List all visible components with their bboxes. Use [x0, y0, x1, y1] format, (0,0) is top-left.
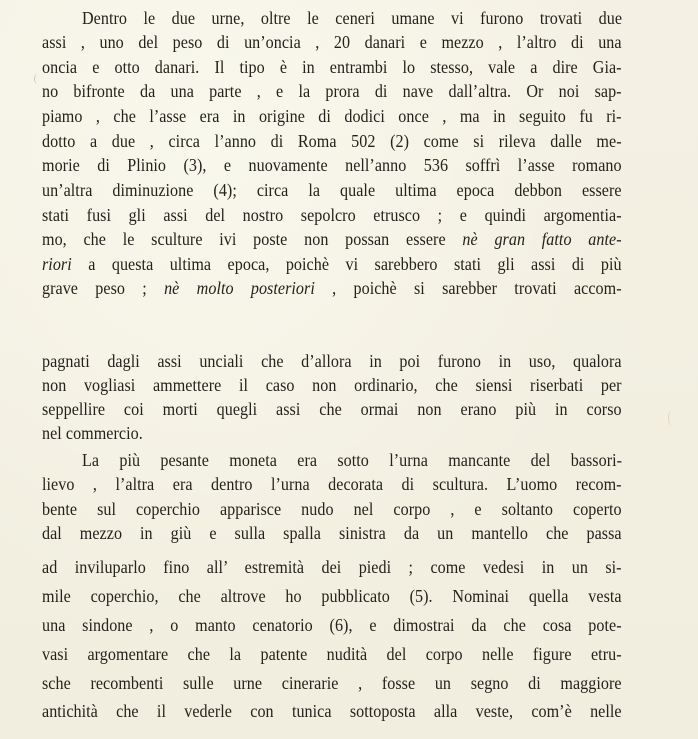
text-run: , poichè si sarebber trovati accom-	[315, 278, 622, 298]
text-line: Dentro le due urne, oltre le ceneri uman…	[82, 7, 622, 29]
text-line: oncia e otto danari. Il tipo è in entram…	[42, 56, 622, 78]
text-line: ad inviluparlo fino all’ estremità dei p…	[42, 556, 622, 578]
text-line: piamo , che l’asse era in origine di dod…	[42, 105, 622, 127]
cropped-previous-line	[250, 0, 430, 5]
text-line: dal mezzo in giù e sulla spalla sinistra…	[42, 522, 622, 544]
text-line: una sindone , o manto cenatorio (6), e d…	[42, 614, 622, 636]
paper-blemish	[668, 410, 675, 426]
text-line: grave peso ; nè molto posteriori , poich…	[42, 277, 622, 299]
text-line: vasi argomentare che la patente nudità d…	[42, 643, 622, 665]
italic-emphasis: nè gran fatto ante-	[462, 229, 621, 249]
text-run: a questa ultima epoca, poichè vi sarebbe…	[72, 254, 622, 274]
text-line: un’altra diminuzione (4); circa la quale…	[42, 179, 622, 201]
text-line: riori a questa ultima epoca, poichè vi s…	[42, 253, 622, 275]
text-line: mo, che le sculture ivi poste non possan…	[42, 228, 622, 250]
text-line: lievo , l’altra era dentro l’urna decora…	[42, 473, 622, 495]
text-line: La più pesante moneta era sotto l’urna m…	[82, 449, 622, 471]
text-line: non vogliasi ammettere il caso non ordin…	[42, 374, 622, 396]
text-line: bente sul coperchio apparisce nudo nel c…	[42, 498, 622, 520]
text-line: morie di Plinio (3), e nuovamente nell’a…	[42, 154, 622, 176]
text-line: stati fusi gli assi del nostro sepolcro …	[42, 204, 622, 226]
text-run: mo, che le sculture ivi poste non possan…	[42, 229, 462, 249]
italic-emphasis: riori	[42, 254, 72, 274]
text-run: grave peso ;	[42, 278, 164, 298]
text-line: mile coperchio, che altrove ho pubblicat…	[42, 585, 622, 607]
text-line: seppellire coi morti quegli assi che orm…	[42, 398, 622, 420]
text-line: no bifronte da una parte , e la prora di…	[42, 80, 622, 102]
text-line: assi , uno del peso di un’oncia , 20 dan…	[42, 31, 622, 53]
text-line: dotto a due , circa l’anno di Roma 502 (…	[42, 130, 622, 152]
book-page: Dentro le due urne, oltre le ceneri uman…	[0, 0, 698, 739]
text-line: antichità che il vederle con tunica sott…	[42, 700, 622, 722]
italic-emphasis: nè molto posteriori	[164, 278, 315, 298]
text-line: pagnati dagli assi unciali che d’allora …	[42, 350, 622, 372]
text-line: sche recombenti sulle urne cinerarie , f…	[42, 672, 622, 694]
paper-blemish	[34, 74, 41, 84]
text-line: nel commercio.	[42, 422, 622, 444]
